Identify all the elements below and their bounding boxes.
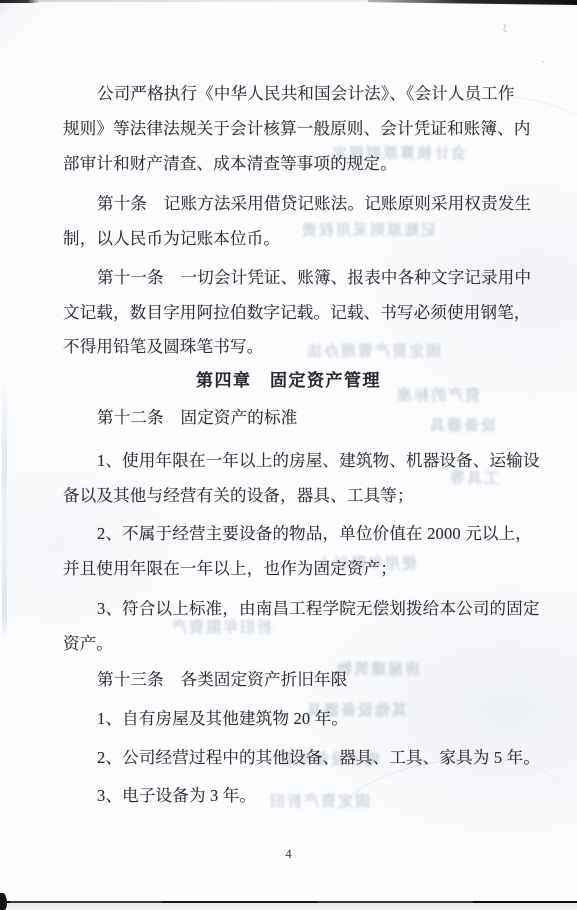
article-12-title: 第十二条 固定资产的标准 [97, 404, 297, 428]
bleedthrough-text: 设备器具 [428, 414, 496, 435]
article-13-item-3: 3、电子设备为 3 年。 [97, 782, 256, 806]
article-12-item-2: 2、不属于经营主要设备的物品，单位价值在 2000 元以上， [97, 520, 532, 544]
article-11-line: 第十一条 一切会计凭证、账簿、报表中各种文字记录用中 [97, 264, 531, 288]
bleedthrough-text: 记账原则采用权责 [300, 219, 436, 240]
article-12-item-1: 备以及其他与经营有关的设备，器具、工具等； [63, 482, 414, 506]
article-12-item-2: 并且使用年限在一年以上，也作为固定资产； [63, 555, 397, 579]
article-13-item-2: 2、公司经营过程中的其他设备、器具、工具、家具为 5 年。 [97, 744, 540, 768]
article-10-line: 制，以人民币为记账本位币。 [63, 225, 280, 249]
chapter-heading: 第四章 固定资产管理 [0, 366, 577, 391]
scan-edge-bottom-blob [0, 893, 7, 910]
scan-edge-top-left [0, 0, 40, 3]
pencil-mark: 、 [541, 52, 550, 65]
article-11-line: 不得用铅笔及圆珠笔书写。 [63, 333, 263, 357]
bleedthrough-text: 固定资产管理办法 [305, 340, 441, 361]
scan-edge-top-right [368, 0, 577, 5]
body-line: 规则》等法律法规关于会计核算一般原则、会计凭证和账簿、内 [63, 115, 531, 139]
bleedthrough-text: 折旧年限资产 [170, 616, 272, 637]
body-line: 部审计和财产清查、成本清查等事项的规定。 [63, 150, 397, 174]
scanned-document-page: ξ 、 会计核算原则规定 记账原则采用权责 固定资产管理办法 资产的标准 设备器… [0, 0, 577, 910]
bleedthrough-text: 固定资产折旧 [268, 790, 370, 811]
pencil-mark: ξ [503, 23, 507, 33]
article-12-item-1: 1、使用年限在一年以上的房屋、建筑物、机器设备、运输设 [97, 447, 540, 471]
page-number: 4 [0, 847, 577, 862]
article-12-item-3: 3、符合以上标准，由南昌工程学院无偿划拨给本公司的固定 [97, 595, 540, 619]
article-13-item-1: 1、自有房屋及其他建筑物 20 年。 [97, 705, 348, 729]
article-13-title: 第十三条 各类固定资产折旧年限 [97, 666, 348, 690]
article-10-line: 第十条 记账方法采用借贷记账法。记账原则采用权责发生 [97, 190, 531, 214]
body-line: 公司严格执行《中华人民共和国会计法》、《会计人员工作 [97, 80, 515, 104]
scan-edge-top-middle [36, 0, 376, 2]
scan-edge-bottom-shadow [0, 903, 577, 910]
article-12-item-3: 资产。 [63, 630, 113, 654]
article-11-line: 文记载，数目字用阿拉伯数字记载。记载、书写必须使用钢笔， [63, 299, 531, 323]
scan-left-streak [2, 380, 7, 640]
